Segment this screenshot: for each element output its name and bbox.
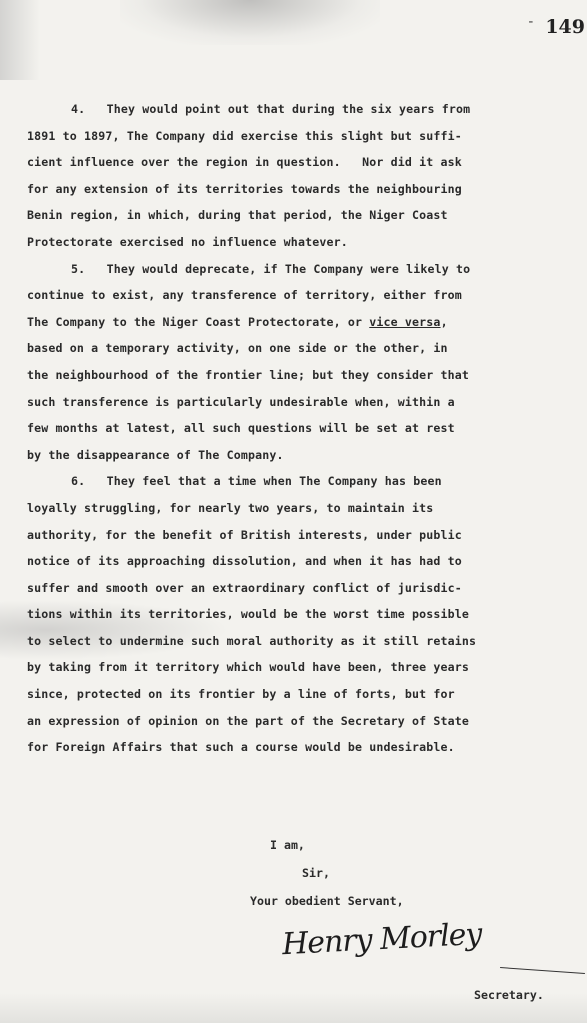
text-line: since, protected on its frontier by a li… xyxy=(27,681,585,708)
text-line: such transference is particularly undesi… xyxy=(27,389,585,416)
signatory-title: Secretary. xyxy=(474,988,544,1002)
text-line: 1891 to 1897, The Company did exercise t… xyxy=(27,123,585,150)
underlined-phrase: vice versa xyxy=(369,315,440,329)
closing-salutation: Sir, xyxy=(302,866,330,880)
paragraph-number: 5. xyxy=(71,262,107,276)
letter-body: 4. They would point out that during the … xyxy=(27,96,585,761)
text-line: Protectorate exercised no influence what… xyxy=(27,229,585,256)
page-number-dash: - xyxy=(527,14,535,30)
text-line: continue to exist, any transference of t… xyxy=(27,282,585,309)
text-line: few months at latest, all such questions… xyxy=(27,415,585,442)
text-line: authority, for the benefit of British in… xyxy=(27,522,585,549)
text-line: notice of its approaching dissolution, a… xyxy=(27,548,585,575)
text-line: based on a temporary activity, on one si… xyxy=(27,335,585,362)
scan-smudge xyxy=(120,0,380,45)
closing-i-am: I am, xyxy=(270,838,305,852)
text-line: by taking from it territory which would … xyxy=(27,654,585,681)
text-line: for any extension of its territories tow… xyxy=(27,176,585,203)
text-line: 4. They would point out that during the … xyxy=(27,96,585,123)
paragraph-6: 6. They feel that a time when The Compan… xyxy=(27,468,585,761)
text-line: the neighbourhood of the frontier line; … xyxy=(27,362,585,389)
closing-obedient-servant: Your obedient Servant, xyxy=(250,894,404,908)
paragraph-number: 6. xyxy=(71,474,107,488)
text-line: Benin region, in which, during that peri… xyxy=(27,202,585,229)
text-line: 6. They feel that a time when The Compan… xyxy=(27,468,585,495)
text-line: The Company to the Niger Coast Protector… xyxy=(27,309,585,336)
text-line: suffer and smooth over an extraordinary … xyxy=(27,575,585,602)
text-line: cient influence over the region in quest… xyxy=(27,149,585,176)
paragraph-5: 5. They would deprecate, if The Company … xyxy=(27,256,585,469)
text-line: to select to undermine such moral author… xyxy=(27,628,585,655)
paragraph-number: 4. xyxy=(71,102,107,116)
scan-smudge xyxy=(0,0,40,80)
text-line: by the disappearance of The Company. xyxy=(27,442,585,469)
signature-flourish xyxy=(500,967,585,974)
document-page: - 149 4. They would point out that durin… xyxy=(0,0,587,1023)
paragraph-4: 4. They would point out that during the … xyxy=(27,96,585,256)
text-line: tions within its territories, would be t… xyxy=(27,601,585,628)
text-line: loyally struggling, for nearly two years… xyxy=(27,495,585,522)
text-line: 5. They would deprecate, if The Company … xyxy=(27,256,585,283)
signature: Henry Morley xyxy=(281,917,482,962)
page-number: 149 xyxy=(545,16,585,38)
text-line: an expression of opinion on the part of … xyxy=(27,708,585,735)
text-line: for Foreign Affairs that such a course w… xyxy=(27,734,585,761)
